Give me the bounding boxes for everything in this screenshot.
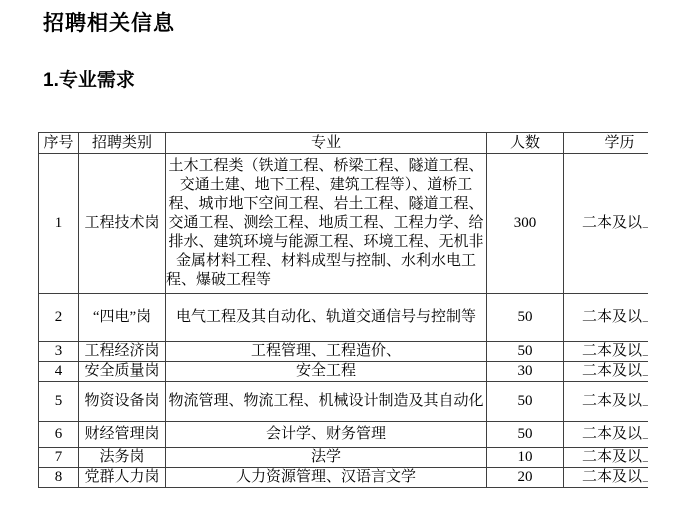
cell-education: 二本及以上 <box>564 342 649 362</box>
cell-count: 300 <box>487 154 564 294</box>
cell-no: 2 <box>39 294 79 342</box>
cell-category: “四电”岗 <box>79 294 166 342</box>
cell-category: 安全质量岗 <box>79 362 166 382</box>
recruitment-table-container: 序号 招聘类别 专业 人数 学历 1 工程技术岗 土木工程类（铁道工程、桥梁工程… <box>38 132 648 498</box>
cell-major: 人力资源管理、汉语言文学 <box>166 468 487 488</box>
col-header-category: 招聘类别 <box>79 133 166 154</box>
cell-major: 法学 <box>166 448 487 468</box>
cell-category: 党群人力岗 <box>79 468 166 488</box>
table-row: 2 “四电”岗 电气工程及其自动化、轨道交通信号与控制等 50 二本及以上 <box>39 294 649 342</box>
cell-count: 20 <box>487 468 564 488</box>
cell-no: 6 <box>39 422 79 448</box>
cell-education: 二本及以上 <box>564 422 649 448</box>
cell-count: 50 <box>487 294 564 342</box>
cell-category: 物资设备岗 <box>79 382 166 422</box>
page-title: 招聘相关信息 <box>43 7 175 37</box>
cell-no: 8 <box>39 468 79 488</box>
col-header-count: 人数 <box>487 133 564 154</box>
cell-education: 二本及以上 <box>564 382 649 422</box>
table-row: 3 工程经济岗 工程管理、工程造价、 50 二本及以上 <box>39 342 649 362</box>
table-row: 7 法务岗 法学 10 二本及以上 <box>39 448 649 468</box>
cell-count: 30 <box>487 362 564 382</box>
col-header-major: 专业 <box>166 133 487 154</box>
cell-major: 安全工程 <box>166 362 487 382</box>
table-row: 8 党群人力岗 人力资源管理、汉语言文学 20 二本及以上 <box>39 468 649 488</box>
cell-count: 10 <box>487 448 564 468</box>
cell-major: 工程管理、工程造价、 <box>166 342 487 362</box>
cell-education: 二本及以上 <box>564 448 649 468</box>
cell-education: 二本及以上 <box>564 294 649 342</box>
table-row: 4 安全质量岗 安全工程 30 二本及以上 <box>39 362 649 382</box>
cell-count: 50 <box>487 342 564 362</box>
table-row: 1 工程技术岗 土木工程类（铁道工程、桥梁工程、隧道工程、交通土建、地下工程、建… <box>39 154 649 294</box>
cell-education: 二本及以上 <box>564 362 649 382</box>
cell-no: 7 <box>39 448 79 468</box>
cell-count: 50 <box>487 382 564 422</box>
cell-count: 50 <box>487 422 564 448</box>
cell-category: 工程技术岗 <box>79 154 166 294</box>
cell-education: 二本及以上 <box>564 154 649 294</box>
cell-education: 二本及以上 <box>564 468 649 488</box>
cell-category: 财经管理岗 <box>79 422 166 448</box>
cell-major: 土木工程类（铁道工程、桥梁工程、隧道工程、交通土建、地下工程、建筑工程等）、道桥… <box>166 154 487 294</box>
cell-major: 会计学、财务管理 <box>166 422 487 448</box>
table-header-row: 序号 招聘类别 专业 人数 学历 <box>39 133 649 154</box>
document-page: { "page": { "title": "招聘相关信息", "section"… <box>0 0 697 511</box>
section-heading: 1.专业需求 <box>43 65 135 92</box>
cell-major: 物流管理、物流工程、机械设计制造及其自动化 <box>166 382 487 422</box>
cell-no: 1 <box>39 154 79 294</box>
recruitment-table: 序号 招聘类别 专业 人数 学历 1 工程技术岗 土木工程类（铁道工程、桥梁工程… <box>38 132 648 488</box>
table-row: 5 物资设备岗 物流管理、物流工程、机械设计制造及其自动化 50 二本及以上 <box>39 382 649 422</box>
cell-no: 4 <box>39 362 79 382</box>
cell-category: 法务岗 <box>79 448 166 468</box>
table-row: 6 财经管理岗 会计学、财务管理 50 二本及以上 <box>39 422 649 448</box>
cell-category: 工程经济岗 <box>79 342 166 362</box>
cell-major: 电气工程及其自动化、轨道交通信号与控制等 <box>166 294 487 342</box>
cell-no: 5 <box>39 382 79 422</box>
col-header-education: 学历 <box>564 133 649 154</box>
col-header-no: 序号 <box>39 133 79 154</box>
cell-no: 3 <box>39 342 79 362</box>
